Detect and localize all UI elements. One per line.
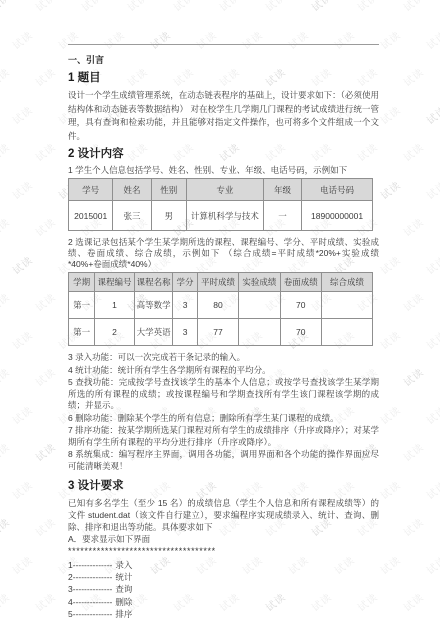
watermark-text: 试读	[400, 289, 427, 314]
watermark-text: 试读	[9, 401, 36, 426]
table-cell: 大学英语	[134, 319, 172, 346]
menu-item: 5--------------排序	[68, 608, 379, 620]
column-header: 课程名称	[134, 273, 172, 292]
watermark-text: 试读	[9, 176, 36, 201]
column-header: 学分	[173, 273, 198, 292]
asterisk-separator: ************************************	[68, 546, 379, 556]
watermark-text: 试读	[377, 251, 404, 276]
watermark-text: 试读	[0, 0, 12, 14]
watermark-text: 试读	[308, 0, 335, 14]
watermark-text: 试读	[32, 364, 59, 389]
console-menu: 1--------------录入2--------------统计3-----…	[68, 559, 379, 620]
heading-topic: 1 题目	[68, 72, 379, 85]
menu-item: 1--------------录入	[68, 559, 379, 571]
watermark-text: 试读	[377, 551, 404, 576]
document-page: { "watermark": { "text": "试读", "color_li…	[0, 0, 440, 620]
watermark-text: 试读	[377, 26, 404, 51]
watermark-text: 试读	[400, 0, 427, 14]
watermark-text: 试读	[32, 0, 59, 14]
header-divider	[68, 44, 379, 45]
watermark-text: 试读	[377, 476, 404, 501]
watermark-text: 试读	[124, 0, 151, 14]
watermark-text: 试读	[400, 139, 427, 164]
table-cell	[239, 319, 280, 346]
table-cell: 3	[173, 319, 198, 346]
student-info-table-caption: 1 学生个人信息包括学号、姓名、性别、专业、年级、电话号码，示例如下	[68, 165, 379, 176]
watermark-text: 试读	[216, 0, 243, 14]
watermark-text: 试读	[9, 251, 36, 276]
table-cell: 男	[151, 201, 186, 231]
student-info-table: 学号姓名性别专业年级电话号码2015001张三男计算机科学与技术一1890000…	[68, 178, 373, 231]
watermark-text: 试读	[400, 514, 427, 539]
table-cell: 第一	[69, 319, 95, 346]
table-row: 2015001张三男计算机科学与技术一18900000001	[69, 201, 373, 231]
watermark-text: 试读	[423, 101, 440, 126]
menu-item-dashes: --------------	[73, 609, 113, 619]
requirement-a-label: A．要求显示如下界面	[68, 533, 379, 545]
column-header: 卷面成绩	[280, 273, 321, 292]
feature-item: 4 统计功能：统计所有学生各学期所有课程的平均分。	[68, 365, 379, 377]
document-content: 一、引言 1 题目 设计一个学生成绩管理系统，在动态链表程序的基础上，设计要求如…	[68, 36, 379, 620]
column-header: 综合成绩	[321, 273, 372, 292]
intro-paragraph: 设计一个学生成绩管理系统，在动态链表程序的基础上，设计要求如下：（必须使用结构体…	[68, 89, 379, 143]
table-cell: 张三	[113, 201, 151, 231]
menu-item-dashes: --------------	[73, 560, 113, 570]
watermark-text: 试读	[32, 214, 59, 239]
watermark-text: 试读	[423, 551, 440, 576]
table-cell	[321, 292, 372, 319]
watermark-text: 试读	[9, 551, 36, 576]
course-record-table-caption: 2 选课记录包括某个学生某学期所选的课程、课程编号、学分、平时成绩、实验成绩、卷…	[68, 237, 379, 270]
table-header-row: 学号姓名性别专业年级电话号码	[69, 179, 373, 201]
watermark-text: 试读	[262, 0, 289, 14]
watermark-text: 试读	[377, 326, 404, 351]
section-heading-introduction: 一、引言	[68, 55, 379, 65]
table-cell: 一	[263, 201, 301, 231]
watermark-text: 试读	[32, 289, 59, 314]
table-row: 第一2大学英语37770	[69, 319, 373, 346]
watermark-text: 试读	[423, 251, 440, 276]
table-cell: 18900000001	[302, 201, 373, 231]
course-record-table: 学期课程编号课程名称学分平时成绩实验成绩卷面成绩综合成绩第一1高等数学38070…	[68, 272, 373, 346]
watermark-text: 试读	[423, 176, 440, 201]
watermark-text: 试读	[377, 101, 404, 126]
menu-item-label: 查询	[115, 584, 132, 594]
table-row: 第一1高等数学38070	[69, 292, 373, 319]
column-header: 年级	[263, 179, 301, 201]
watermark-text: 试读	[9, 101, 36, 126]
table-cell: 计算机科学与技术	[186, 201, 263, 231]
heading-design-content: 2 设计内容	[68, 148, 379, 161]
table-cell	[239, 292, 280, 319]
table-cell: 2015001	[69, 201, 113, 231]
menu-item-dashes: --------------	[73, 584, 113, 594]
menu-item-dashes: --------------	[73, 572, 113, 582]
table-cell: 80	[197, 292, 238, 319]
column-header: 姓名	[113, 179, 151, 201]
watermark-text: 试读	[423, 326, 440, 351]
watermark-text: 试读	[0, 364, 12, 389]
menu-item-label: 统计	[115, 572, 132, 582]
watermark-text: 试读	[400, 589, 427, 614]
watermark-text: 试读	[170, 0, 197, 14]
menu-item: 2--------------统计	[68, 571, 379, 583]
watermark-text: 试读	[9, 476, 36, 501]
watermark-text: 试读	[400, 439, 427, 464]
watermark-text: 试读	[400, 64, 427, 89]
table-cell: 70	[280, 319, 321, 346]
feature-item: 5 查找功能：完成按学号查找该学生的基本个人信息；或按学号查找该学生某学期所选的…	[68, 377, 379, 412]
column-header: 平时成绩	[197, 273, 238, 292]
watermark-text: 试读	[0, 214, 12, 239]
column-header: 专业	[186, 179, 263, 201]
watermark-text: 试读	[377, 176, 404, 201]
column-header: 课程编号	[95, 273, 135, 292]
menu-item-label: 删除	[115, 597, 132, 607]
watermark-text: 试读	[9, 326, 36, 351]
table-header-row: 学期课程编号课程名称学分平时成绩实验成绩卷面成绩综合成绩	[69, 273, 373, 292]
column-header: 学号	[69, 179, 113, 201]
feature-item: 6 删除功能：删除某个学生的所有信息；删除所有学生某门课程的成绩。	[68, 413, 379, 425]
column-header: 电话号码	[302, 179, 373, 201]
menu-item: 4--------------删除	[68, 596, 379, 608]
watermark-text: 试读	[423, 401, 440, 426]
feature-item: 8 系统集成：编写程序主界面，调用各功能，调用界面和各个功能的操作界面应尽可能清…	[68, 449, 379, 472]
watermark-text: 试读	[32, 589, 59, 614]
watermark-text: 试读	[0, 289, 12, 314]
watermark-text: 试读	[32, 514, 59, 539]
column-header: 实验成绩	[239, 273, 280, 292]
watermark-text: 试读	[0, 589, 12, 614]
watermark-text: 试读	[32, 439, 59, 464]
watermark-text: 试读	[400, 214, 427, 239]
menu-item-label: 录入	[115, 560, 132, 570]
requirements-paragraph: 已知有多名学生（至少 15 名）的成绩信息（学生个人信息和所有课程成绩等）的文件…	[68, 497, 379, 533]
table-cell	[321, 319, 372, 346]
watermark-text: 试读	[354, 0, 381, 14]
watermark-text: 试读	[0, 439, 12, 464]
menu-item-dashes: --------------	[73, 597, 113, 607]
feature-item: 7 排序功能：按某学期所选某门课程对所有学生的成绩排序（升序或降序）；对某学期所…	[68, 425, 379, 448]
watermark-text: 试读	[0, 64, 12, 89]
watermark-text: 试读	[78, 0, 105, 14]
watermark-text: 试读	[0, 139, 12, 164]
column-header: 性别	[151, 179, 186, 201]
watermark-text: 试读	[9, 26, 36, 51]
table-cell: 70	[280, 292, 321, 319]
table-cell: 3	[173, 292, 198, 319]
table-cell: 77	[197, 319, 238, 346]
table-cell: 高等数学	[134, 292, 172, 319]
watermark-text: 试读	[0, 514, 12, 539]
watermark-text: 试读	[423, 26, 440, 51]
feature-item: 3 录入功能：可以一次完成若干条记录的输入。	[68, 352, 379, 364]
heading-design-requirements: 3 设计要求	[68, 480, 379, 493]
feature-list: 3 录入功能：可以一次完成若干条记录的输入。4 统计功能：统计所有学生各学期所有…	[68, 352, 379, 472]
column-header: 学期	[69, 273, 95, 292]
menu-item-label: 排序	[115, 609, 132, 619]
watermark-text: 试读	[32, 139, 59, 164]
watermark-text: 试读	[423, 476, 440, 501]
watermark-text: 试读	[377, 401, 404, 426]
table-cell: 1	[95, 292, 135, 319]
table-cell: 第一	[69, 292, 95, 319]
watermark-text: 试读	[32, 64, 59, 89]
table-cell: 2	[95, 319, 135, 346]
watermark-text: 试读	[400, 364, 427, 389]
menu-item: 3--------------查询	[68, 583, 379, 595]
